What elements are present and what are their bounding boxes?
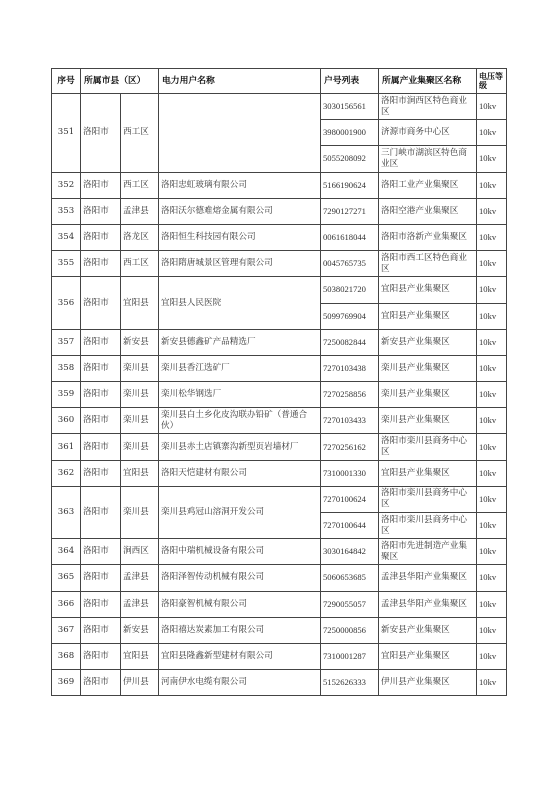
header-seq: 序号 [52, 69, 81, 94]
row-seq: 358 [52, 355, 81, 381]
row-district: 洛龙区 [121, 224, 159, 250]
row-account: 7310001330 [321, 460, 379, 486]
row-city: 洛阳市 [81, 198, 121, 224]
row-zone: 孟津县华阳产业集聚区 [379, 565, 477, 591]
row-city: 洛阳市 [81, 565, 121, 591]
table-row: 360洛阳市栾川县栾川县白土乡化皮沟联办铅矿（普通合伙）7270103433栾川… [52, 408, 507, 434]
power-user-table: 序号 所属市县（区） 电力用户名称 户号列表 所属产业集聚区名称 电压等级 35… [51, 68, 507, 696]
row-voltage: 10kv [477, 94, 507, 120]
row-city: 洛阳市 [81, 670, 121, 696]
table-row: 353洛阳市孟津县洛阳沃尔德难熔金属有限公司7290127271洛阳空港产业集聚… [52, 198, 507, 224]
row-user-name: 洛阳中瑞机械设备有限公司 [159, 539, 321, 565]
table-row: 352洛阳市西工区洛阳忠虹玻璃有限公司5166190624洛阳工业产业集聚区10… [52, 172, 507, 198]
row-city: 洛阳市 [81, 94, 121, 173]
row-zone: 孟津县华阳产业集聚区 [379, 591, 477, 617]
table-row: 354洛阳市洛龙区洛阳恒生科技园有限公司0061618044洛阳市洛新产业集聚区… [52, 224, 507, 250]
table-row: 365洛阳市孟津县洛阳泽智传动机械有限公司5060653685孟津县华阳产业集聚… [52, 565, 507, 591]
row-voltage: 10kv [477, 303, 507, 329]
row-user-name: 栾川县赤土店镇寨沟新型页岩墙材厂 [159, 434, 321, 460]
row-city: 洛阳市 [81, 539, 121, 565]
table-header-row: 序号 所属市县（区） 电力用户名称 户号列表 所属产业集聚区名称 电压等级 [52, 69, 507, 94]
row-account: 5038021720 [321, 277, 379, 303]
row-zone: 洛阳市栾川县商务中心区 [379, 513, 477, 539]
row-voltage: 10kv [477, 539, 507, 565]
row-district: 新安县 [121, 329, 159, 355]
row-voltage: 10kv [477, 146, 507, 172]
row-seq: 366 [52, 591, 81, 617]
row-city: 洛阳市 [81, 329, 121, 355]
row-voltage: 10kv [477, 120, 507, 146]
row-district: 栾川县 [121, 486, 159, 538]
row-user-name [159, 94, 321, 173]
row-zone: 栾川县产业集聚区 [379, 408, 477, 434]
row-user-name: 栾川县白土乡化皮沟联办铅矿（普通合伙） [159, 408, 321, 434]
row-zone: 伊川县产业集聚区 [379, 670, 477, 696]
table-row: 366洛阳市孟津县洛阳豪智机械有限公司7290055057孟津县华阳产业集聚区1… [52, 591, 507, 617]
row-district: 涧西区 [121, 539, 159, 565]
row-seq: 352 [52, 172, 81, 198]
row-zone: 济源市商务中心区 [379, 120, 477, 146]
row-account: 5152626333 [321, 670, 379, 696]
row-user-name: 栾川县香江选矿厂 [159, 355, 321, 381]
row-seq: 364 [52, 539, 81, 565]
row-account: 7310001287 [321, 643, 379, 669]
row-seq: 354 [52, 224, 81, 250]
table-body: 351洛阳市西工区3030156561洛阳市涧西区特色商业区10kv398000… [52, 94, 507, 696]
row-voltage: 10kv [477, 172, 507, 198]
table-row: 362洛阳市宜阳县洛阳天恺建材有限公司7310001330宜阳县产业集聚区10k… [52, 460, 507, 486]
row-city: 洛阳市 [81, 277, 121, 329]
row-user-name: 河南伊水电缆有限公司 [159, 670, 321, 696]
row-account: 3030164842 [321, 539, 379, 565]
row-account: 7270258856 [321, 382, 379, 408]
row-seq: 360 [52, 408, 81, 434]
row-city: 洛阳市 [81, 251, 121, 277]
row-voltage: 10kv [477, 591, 507, 617]
row-district: 孟津县 [121, 198, 159, 224]
row-account: 5099769904 [321, 303, 379, 329]
row-voltage: 10kv [477, 277, 507, 303]
row-district: 宜阳县 [121, 643, 159, 669]
row-zone: 新安县产业集聚区 [379, 617, 477, 643]
table-row: 358洛阳市栾川县栾川县香江选矿厂7270103438栾川县产业集聚区10kv [52, 355, 507, 381]
row-district: 伊川县 [121, 670, 159, 696]
row-account: 0045765735 [321, 251, 379, 277]
row-voltage: 10kv [477, 460, 507, 486]
header-account: 户号列表 [321, 69, 379, 94]
row-user-name: 洛阳天恺建材有限公司 [159, 460, 321, 486]
row-seq: 357 [52, 329, 81, 355]
row-account: 0061618044 [321, 224, 379, 250]
row-user-name: 栾川松华钢选厂 [159, 382, 321, 408]
table-row: 351洛阳市西工区3030156561洛阳市涧西区特色商业区10kv [52, 94, 507, 120]
row-zone: 洛阳空港产业集聚区 [379, 198, 477, 224]
row-user-name: 洛阳豪智机械有限公司 [159, 591, 321, 617]
row-district: 栾川县 [121, 408, 159, 434]
table-row: 361洛阳市栾川县栾川县赤土店镇寨沟新型页岩墙材厂7270256162洛阳市栾川… [52, 434, 507, 460]
row-voltage: 10kv [477, 486, 507, 512]
row-city: 洛阳市 [81, 355, 121, 381]
row-seq: 362 [52, 460, 81, 486]
row-account: 7250082844 [321, 329, 379, 355]
row-voltage: 10kv [477, 434, 507, 460]
row-zone: 洛阳工业产业集聚区 [379, 172, 477, 198]
row-voltage: 10kv [477, 670, 507, 696]
row-zone: 宜阳县产业集聚区 [379, 303, 477, 329]
row-district: 宜阳县 [121, 277, 159, 329]
row-district: 栾川县 [121, 434, 159, 460]
row-zone: 宜阳县产业集聚区 [379, 643, 477, 669]
row-seq: 353 [52, 198, 81, 224]
row-account: 7270100644 [321, 513, 379, 539]
row-zone: 新安县产业集聚区 [379, 329, 477, 355]
table-row: 364洛阳市涧西区洛阳中瑞机械设备有限公司3030164842洛阳市先进制造产业… [52, 539, 507, 565]
row-city: 洛阳市 [81, 486, 121, 538]
row-zone: 宜阳县产业集聚区 [379, 277, 477, 303]
row-district: 栾川县 [121, 355, 159, 381]
row-city: 洛阳市 [81, 172, 121, 198]
row-seq: 361 [52, 434, 81, 460]
row-seq: 356 [52, 277, 81, 329]
row-voltage: 10kv [477, 251, 507, 277]
row-zone: 洛阳市栾川县商务中心区 [379, 434, 477, 460]
row-account: 3030156561 [321, 94, 379, 120]
table-row: 357洛阳市新安县新安县德鑫矿产品精选厂7250082844新安县产业集聚区10… [52, 329, 507, 355]
row-seq: 365 [52, 565, 81, 591]
row-seq: 369 [52, 670, 81, 696]
row-user-name: 洛阳沃尔德难熔金属有限公司 [159, 198, 321, 224]
row-seq: 367 [52, 617, 81, 643]
row-account: 5060653685 [321, 565, 379, 591]
row-voltage: 10kv [477, 224, 507, 250]
row-district: 西工区 [121, 251, 159, 277]
row-seq: 355 [52, 251, 81, 277]
table-row: 368洛阳市宜阳县宜阳县隆鑫新型建材有限公司7310001287宜阳县产业集聚区… [52, 643, 507, 669]
row-city: 洛阳市 [81, 460, 121, 486]
row-account: 7270103433 [321, 408, 379, 434]
row-district: 宜阳县 [121, 460, 159, 486]
row-seq: 359 [52, 382, 81, 408]
row-district: 西工区 [121, 94, 159, 173]
table-row: 355洛阳市西工区洛阳隋唐城景区管理有限公司0045765735洛阳市西工区特色… [52, 251, 507, 277]
row-seq: 351 [52, 94, 81, 173]
row-zone: 三门峡市湖滨区特色商业区 [379, 146, 477, 172]
row-account: 7250000856 [321, 617, 379, 643]
row-account: 3980001900 [321, 120, 379, 146]
row-user-name: 宜阳县隆鑫新型建材有限公司 [159, 643, 321, 669]
row-zone: 洛阳市洛新产业集聚区 [379, 224, 477, 250]
table-row: 363洛阳市栾川县栾川县鸡冠山溶洞开发公司7270100624洛阳市栾川县商务中… [52, 486, 507, 512]
row-seq: 368 [52, 643, 81, 669]
header-region: 所属市县（区） [81, 69, 159, 94]
row-district: 孟津县 [121, 565, 159, 591]
row-city: 洛阳市 [81, 617, 121, 643]
row-city: 洛阳市 [81, 224, 121, 250]
table-row: 369洛阳市伊川县河南伊水电缆有限公司5152626333伊川县产业集聚区10k… [52, 670, 507, 696]
table-row: 356洛阳市宜阳县宜阳县人民医院5038021720宜阳县产业集聚区10kv [52, 277, 507, 303]
row-voltage: 10kv [477, 513, 507, 539]
table-row: 367洛阳市新安县洛阳禧达炭素加工有限公司7250000856新安县产业集聚区1… [52, 617, 507, 643]
row-district: 栾川县 [121, 382, 159, 408]
table-row: 359洛阳市栾川县栾川松华钢选厂7270258856栾川县产业集聚区10kv [52, 382, 507, 408]
row-voltage: 10kv [477, 329, 507, 355]
row-user-name: 洛阳隋唐城景区管理有限公司 [159, 251, 321, 277]
document-page: 序号 所属市县（区） 电力用户名称 户号列表 所属产业集聚区名称 电压等级 35… [0, 0, 560, 792]
row-zone: 洛阳市涧西区特色商业区 [379, 94, 477, 120]
row-account: 7290055057 [321, 591, 379, 617]
row-user-name: 洛阳泽智传动机械有限公司 [159, 565, 321, 591]
row-voltage: 10kv [477, 355, 507, 381]
row-city: 洛阳市 [81, 382, 121, 408]
row-voltage: 10kv [477, 643, 507, 669]
row-voltage: 10kv [477, 617, 507, 643]
row-user-name: 宜阳县人民医院 [159, 277, 321, 329]
row-account: 7270256162 [321, 434, 379, 460]
row-district: 新安县 [121, 617, 159, 643]
row-city: 洛阳市 [81, 408, 121, 434]
header-user-name: 电力用户名称 [159, 69, 321, 94]
row-user-name: 栾川县鸡冠山溶洞开发公司 [159, 486, 321, 538]
row-district: 西工区 [121, 172, 159, 198]
row-zone: 宜阳县产业集聚区 [379, 460, 477, 486]
row-account: 5166190624 [321, 172, 379, 198]
row-district: 孟津县 [121, 591, 159, 617]
row-seq: 363 [52, 486, 81, 538]
header-zone: 所属产业集聚区名称 [379, 69, 477, 94]
row-zone: 洛阳市西工区特色商业区 [379, 251, 477, 277]
row-account: 7270103438 [321, 355, 379, 381]
row-voltage: 10kv [477, 198, 507, 224]
row-voltage: 10kv [477, 565, 507, 591]
row-account: 5055208092 [321, 146, 379, 172]
header-voltage: 电压等级 [477, 69, 507, 94]
row-zone: 栾川县产业集聚区 [379, 382, 477, 408]
row-zone: 栾川县产业集聚区 [379, 355, 477, 381]
row-city: 洛阳市 [81, 643, 121, 669]
row-voltage: 10kv [477, 408, 507, 434]
row-city: 洛阳市 [81, 434, 121, 460]
row-zone: 洛阳市栾川县商务中心区 [379, 486, 477, 512]
row-voltage: 10kv [477, 382, 507, 408]
row-user-name: 新安县德鑫矿产品精选厂 [159, 329, 321, 355]
row-city: 洛阳市 [81, 591, 121, 617]
row-user-name: 洛阳恒生科技园有限公司 [159, 224, 321, 250]
row-account: 7270100624 [321, 486, 379, 512]
row-account: 7290127271 [321, 198, 379, 224]
row-zone: 洛阳市先进制造产业集聚区 [379, 539, 477, 565]
row-user-name: 洛阳忠虹玻璃有限公司 [159, 172, 321, 198]
row-user-name: 洛阳禧达炭素加工有限公司 [159, 617, 321, 643]
